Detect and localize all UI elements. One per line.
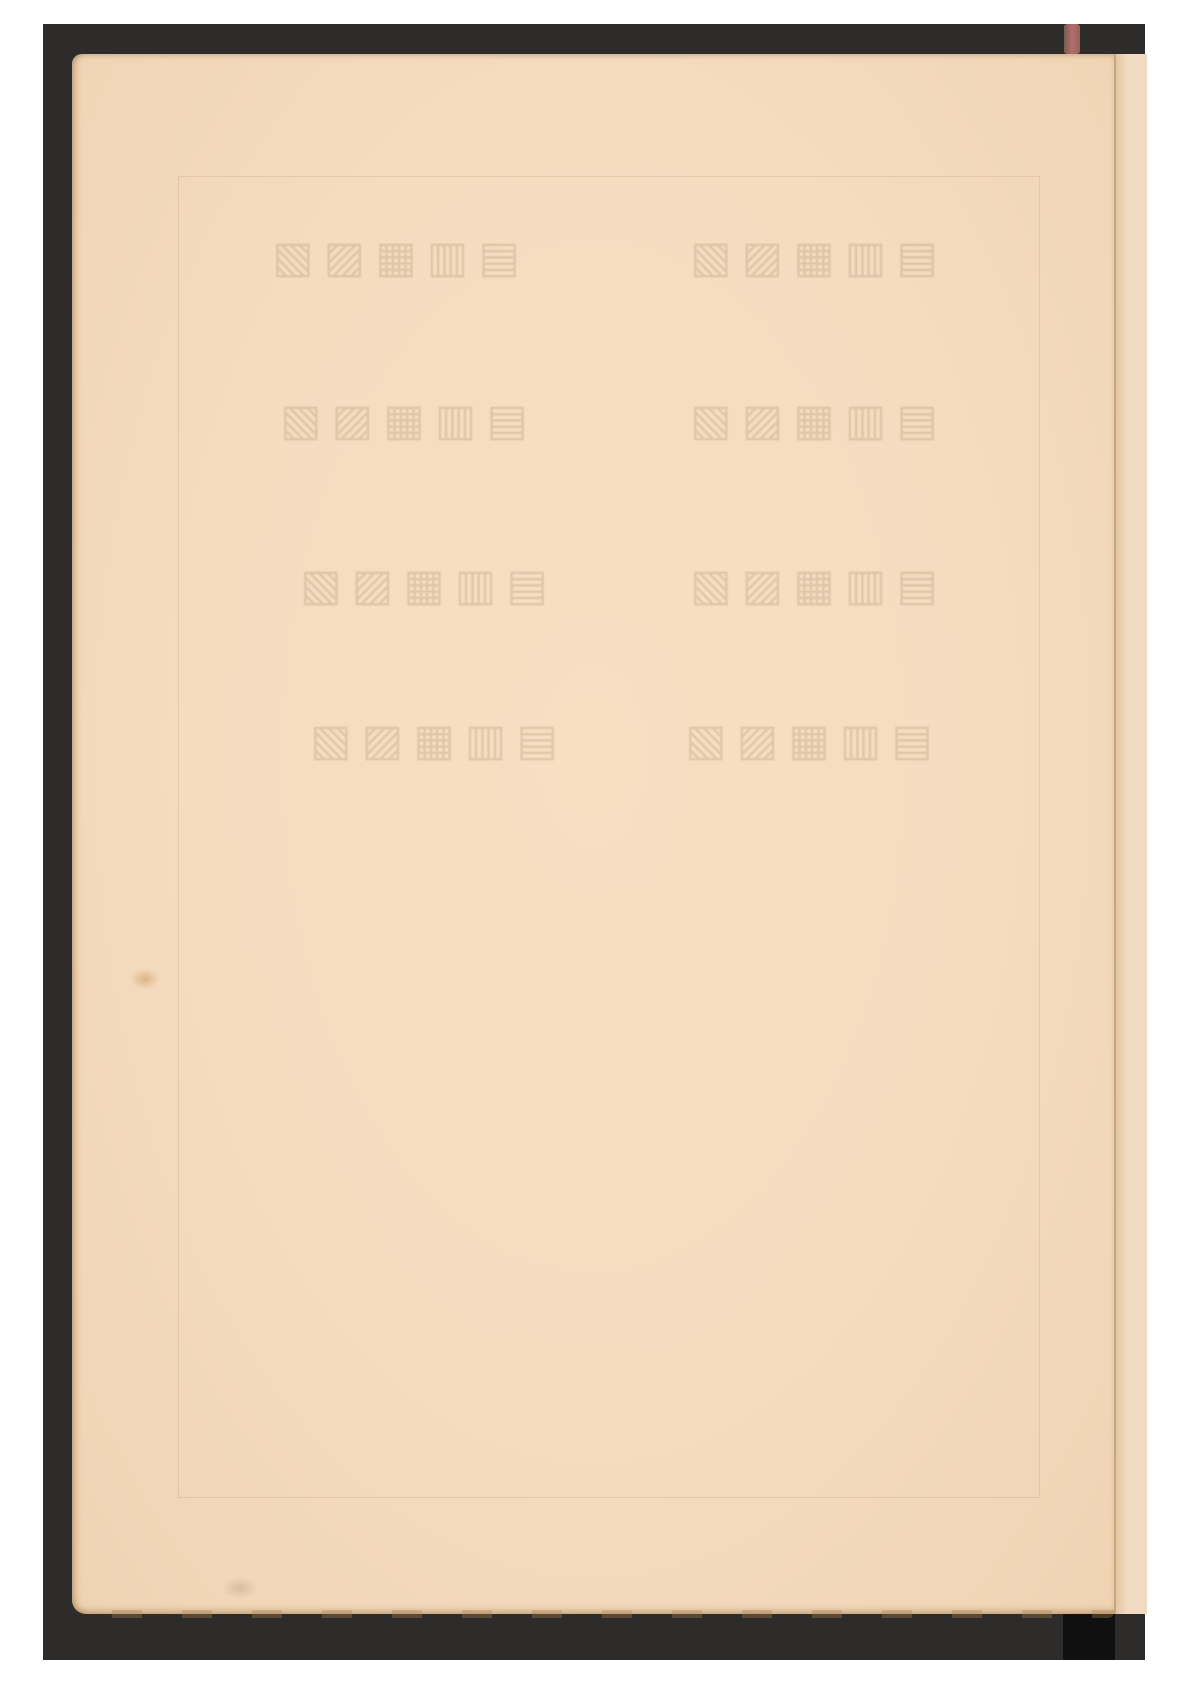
plate-mark-border	[178, 176, 1040, 1498]
spine-headband	[1064, 24, 1080, 54]
show-through-row-3-left: ▤▥▦▧▨	[290, 560, 548, 611]
show-through-row-4-right: ▤▥▦▧▨	[675, 715, 933, 766]
show-through-row-1-right: ▤▥▦▧▨	[680, 232, 938, 283]
adjacent-page-edge	[1114, 54, 1147, 1614]
show-through-row-3-right: ▤▥▦▧▨	[680, 560, 938, 611]
show-through-row-2-right: ▤▥▦▧▨	[680, 395, 938, 446]
show-through-row-1-left: ▤▥▦▧▨	[262, 232, 520, 283]
show-through-row-2-left: ▤▥▦▧▨	[270, 395, 528, 446]
paper-smudge	[222, 1577, 258, 1599]
paper-stain	[130, 968, 160, 990]
show-through-row-4-left: ▤▥▦▧▨	[300, 715, 558, 766]
